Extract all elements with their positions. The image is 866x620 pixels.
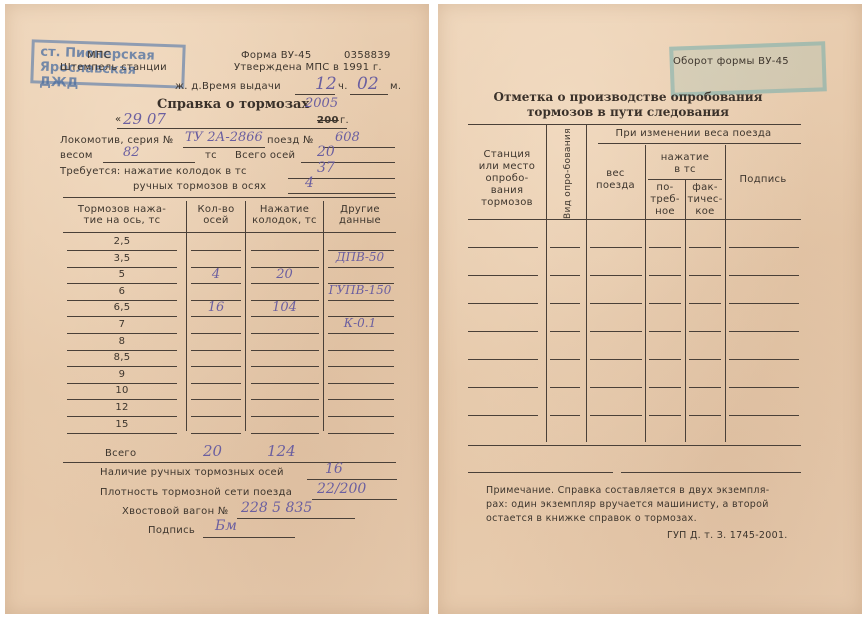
row-line <box>191 283 241 284</box>
weight-label: весом <box>60 150 93 161</box>
row-line <box>689 303 721 304</box>
row-line <box>468 359 538 360</box>
tail-car-label: Хвостовой вагон № <box>122 506 229 517</box>
issue-minutes: 02 <box>357 74 379 94</box>
row-line <box>649 247 681 248</box>
row-line <box>649 303 681 304</box>
required-label: Требуется: нажатие колодок в тс <box>60 166 247 177</box>
required-value: 37 <box>317 160 335 176</box>
row-line <box>550 359 580 360</box>
total-axles: 20 <box>203 442 222 460</box>
form-label: Форма ВУ-45 <box>241 50 312 61</box>
row-pressure: 6,5 <box>63 302 181 313</box>
col-header-signature: Подпись <box>725 174 801 185</box>
axles-label: Всего осей <box>235 150 295 161</box>
row-line <box>67 399 177 400</box>
row-line <box>729 359 799 360</box>
hand-brakes-label: ручных тормозов в осях <box>133 181 266 192</box>
row-line <box>191 350 241 351</box>
signature-label: Подпись <box>148 525 195 536</box>
row-line <box>251 383 319 384</box>
density-label: Плотность тормозной сети поезда <box>100 487 292 498</box>
year-handwritten: 2005 <box>305 96 338 111</box>
row-line <box>729 247 799 248</box>
row-line <box>191 316 241 317</box>
train-value: 608 <box>335 130 360 145</box>
row-line <box>191 433 241 434</box>
year-suffix: г. <box>340 115 349 126</box>
row-pressure: 9 <box>63 369 181 380</box>
row-line <box>590 387 642 388</box>
row-line <box>251 316 319 317</box>
col-header-other: Другие данные <box>324 204 396 226</box>
form-number: 0358839 <box>344 50 391 61</box>
axles-value: 20 <box>317 144 335 160</box>
row-line <box>251 350 319 351</box>
form-back-page: Оборот формы ВУ-45 Отметка о производств… <box>438 4 862 614</box>
hand-brakes-value: 4 <box>305 175 314 191</box>
col-header-type: Вид опро-бования <box>563 159 573 219</box>
row-line <box>689 331 721 332</box>
row-line <box>729 415 799 416</box>
col-header-weight: вес поезда <box>586 168 645 192</box>
row-line <box>689 359 721 360</box>
row-line <box>729 387 799 388</box>
row-other: ДПВ-50 <box>324 250 396 264</box>
row-line <box>251 433 319 434</box>
row-pressure: 8 <box>63 336 181 347</box>
col-header-required: по- треб- ное <box>645 182 685 218</box>
row-line <box>468 331 538 332</box>
tail-car-value: 228 5 835 <box>241 500 312 516</box>
row-other: К-0.1 <box>324 316 396 330</box>
row-line <box>251 399 319 400</box>
row-line <box>191 366 241 367</box>
density-value: 22/200 <box>317 481 366 497</box>
row-line <box>550 331 580 332</box>
signature-value: Бм <box>215 518 237 534</box>
note-text: Примечание. Справка составляется в двух … <box>486 484 769 526</box>
issue-time-label: Время выдачи <box>202 81 281 92</box>
row-line <box>550 247 580 248</box>
row-line <box>689 275 721 276</box>
row-line <box>328 399 394 400</box>
row-pressure: 8,5 <box>63 352 181 363</box>
row-line <box>67 433 177 434</box>
row-line <box>191 383 241 384</box>
row-line <box>550 303 580 304</box>
row-line <box>191 333 241 334</box>
row-line <box>689 387 721 388</box>
hand-axles-label: Наличие ручных тормозных осей <box>100 467 284 478</box>
row-line <box>590 331 642 332</box>
row-line <box>590 303 642 304</box>
back-title: Отметка о производстве опробования тормо… <box>478 90 778 120</box>
row-line <box>550 387 580 388</box>
weight-value: 82 <box>123 145 140 160</box>
row-line <box>67 283 177 284</box>
row-pressure: 5 <box>63 269 181 280</box>
col-header-pressure: Тормозов нажа- тие на ось, тс <box>63 204 181 226</box>
row-line <box>590 415 642 416</box>
row-line <box>67 250 177 251</box>
row-line <box>590 275 642 276</box>
total-force: 124 <box>267 442 296 460</box>
row-line <box>191 416 241 417</box>
date-handwritten: 29 07 <box>123 110 166 128</box>
row-line <box>67 416 177 417</box>
row-line <box>67 300 177 301</box>
row-line <box>729 303 799 304</box>
row-line <box>550 415 580 416</box>
document-title: Справка о тормозах <box>157 97 309 112</box>
locomotive-value: ТУ 2А-2866 <box>185 130 263 145</box>
printer-info: ГУП Д. т. З. 1745-2001. <box>667 530 788 541</box>
row-pressure: 7 <box>63 319 181 330</box>
col-header-force: Нажатие колодок, тс <box>246 204 323 226</box>
row-line <box>649 415 681 416</box>
row-axles: 4 <box>187 267 245 282</box>
row-line <box>590 247 642 248</box>
row-axles: 16 <box>187 300 245 315</box>
row-line <box>689 247 721 248</box>
row-line <box>328 333 394 334</box>
hours-unit: ч. <box>338 81 348 92</box>
locomotive-label: Локомотив, серия № <box>60 135 174 146</box>
group-header-weight-change: При изменении веса поезда <box>586 128 801 139</box>
row-line <box>191 399 241 400</box>
row-pressure: 2,5 <box>63 236 181 247</box>
row-line <box>468 387 538 388</box>
row-line <box>729 275 799 276</box>
row-force: 20 <box>246 267 323 282</box>
row-line <box>328 300 394 301</box>
row-line <box>67 366 177 367</box>
stamp-label: Штемпель станции <box>60 62 167 73</box>
row-line <box>67 383 177 384</box>
row-line <box>251 333 319 334</box>
row-line <box>468 303 538 304</box>
row-line <box>468 247 538 248</box>
row-line <box>251 250 319 251</box>
row-other: ГУПВ-150 <box>324 283 396 297</box>
row-line <box>67 267 177 268</box>
row-line <box>729 331 799 332</box>
row-line <box>328 433 394 434</box>
issue-hours: 12 <box>315 74 337 94</box>
row-line <box>649 387 681 388</box>
row-pressure: 6 <box>63 286 181 297</box>
row-pressure: 12 <box>63 402 181 413</box>
row-line <box>689 415 721 416</box>
approved-text: Утверждена МПС в 1991 г. <box>234 62 382 73</box>
date-open-quote: « <box>115 114 121 125</box>
rail-suffix: ж. д. <box>175 81 202 92</box>
row-line <box>328 366 394 367</box>
row-line <box>67 333 177 334</box>
row-line <box>649 331 681 332</box>
row-force: 104 <box>246 300 323 315</box>
train-label: поезд № <box>267 135 314 146</box>
group-header-pressure: нажатие в тс <box>645 152 725 176</box>
row-line <box>251 283 319 284</box>
row-line <box>251 416 319 417</box>
faded-stamp <box>669 41 827 96</box>
row-line <box>468 275 538 276</box>
row-line <box>590 359 642 360</box>
col-header-station: Станция или место опробо- вания тормозов <box>468 149 546 209</box>
row-line <box>328 350 394 351</box>
row-line <box>191 250 241 251</box>
form-back-label: Оборот формы ВУ-45 <box>673 56 789 67</box>
row-line <box>328 383 394 384</box>
weight-unit: тс <box>205 150 217 161</box>
row-line <box>67 350 177 351</box>
hand-axles-value: 16 <box>325 461 343 477</box>
col-header-axles: Кол-во осей <box>187 204 245 226</box>
row-pressure: 10 <box>63 385 181 396</box>
row-line <box>67 316 177 317</box>
row-line <box>649 275 681 276</box>
row-line <box>251 366 319 367</box>
org-label: МПС <box>87 50 111 61</box>
total-label: Всего <box>105 448 136 459</box>
row-line <box>550 275 580 276</box>
col-header-actual: фак- тичес- кое <box>685 182 725 218</box>
minutes-unit: м. <box>390 81 401 92</box>
row-line <box>328 267 394 268</box>
form-front-page: ст. Пионерская Ярославская ДЖД МПС Штемп… <box>5 4 429 614</box>
row-pressure: 15 <box>63 419 181 430</box>
row-line <box>328 416 394 417</box>
row-line <box>468 415 538 416</box>
year-printed: 200 <box>317 115 339 126</box>
row-line <box>649 359 681 360</box>
row-pressure: 3,5 <box>63 253 181 264</box>
